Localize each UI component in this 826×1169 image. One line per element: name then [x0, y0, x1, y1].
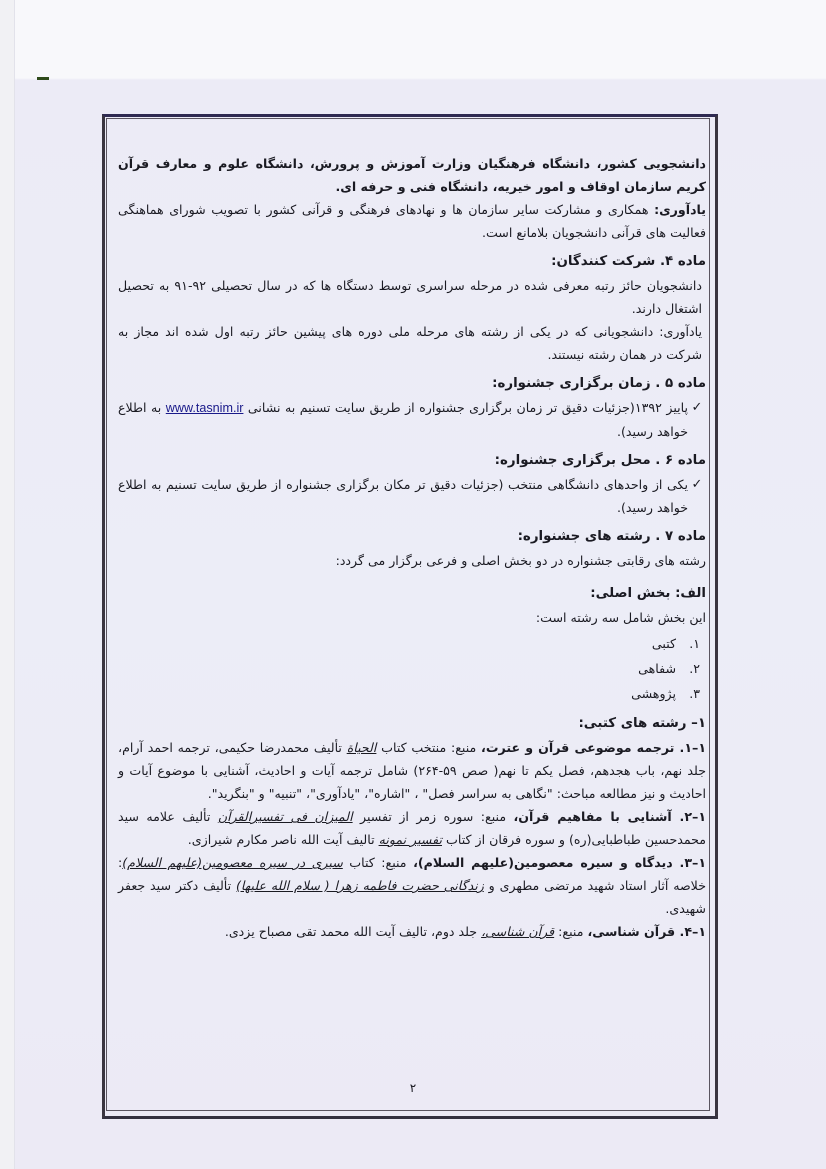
list-item: ۱.کتبی	[118, 631, 706, 656]
intro-organizations: دانشجویی کشور، دانشگاه فرهنگیان وزارت آم…	[118, 152, 706, 198]
page-number: ۲	[0, 1081, 826, 1095]
list-item: ۳.پژوهشی	[118, 681, 706, 706]
article-5-text-before: پاییز ۱۳۹۲(جزئیات دقیق تر زمان برگزاری ج…	[243, 400, 688, 415]
written-field-4: ۱–۴. قرآن شناسی، منبع: قرآن شناسی، جلد د…	[118, 920, 706, 943]
book-title: زندگانی حضرت فاطمه زهرا ( سلام الله علیه…	[236, 878, 484, 893]
main-section-list: ۱.کتبی ۲.شفاهی ۳.پژوهشی	[118, 631, 706, 706]
scan-edge-strip	[0, 0, 15, 1169]
intro-note-text: همکاری و مشارکت سایر سازمان ها و نهادهای…	[118, 202, 706, 240]
checkmark-icon: ✓	[688, 396, 706, 419]
field-title: ۱–۲. آشنایی با مفاهیم قرآن،	[514, 809, 707, 824]
intro-note: یادآوری: همکاری و مشارکت سایر سازمان ها …	[118, 198, 706, 244]
article-7-text: رشته های رقابتی جشنواره در دو بخش اصلی و…	[118, 549, 706, 572]
article-6-text: یکی از واحدهای دانشگاهی منتخب (جزئیات دق…	[118, 473, 688, 519]
article-6-heading: ماده ۶ . محل برگزاری جشنواره:	[118, 449, 706, 473]
article-7-heading: ماده ۷ . رشته های جشنواره:	[118, 525, 706, 549]
intro-note-label: یادآوری:	[654, 202, 706, 217]
article-4-note: یادآوری: دانشجویانی که در یکی از رشته ها…	[118, 320, 706, 366]
main-section-intro: این بخش شامل سه رشته است:	[118, 606, 706, 629]
book-title: المیزان فی تفسیرالقرآن	[218, 809, 353, 824]
article-4-text: دانشجویان حائز رتبه معرفی شده در مرحله س…	[118, 274, 706, 320]
book-title: الحیاة	[347, 740, 377, 755]
book-title: تفسیر نمونه	[379, 832, 442, 847]
list-item: ۲.شفاهی	[118, 656, 706, 681]
field-title: ۱–۳. دیدگاه و سیره معصومین(علیهم السلام)…	[413, 855, 706, 870]
field-title: ۱–۴. قرآن شناسی،	[587, 924, 706, 939]
scan-mark	[37, 77, 49, 80]
article-5-item: ✓ پاییز ۱۳۹۲(جزئیات دقیق تر زمان برگزاری…	[118, 396, 706, 443]
article-6-item: ✓ یکی از واحدهای دانشگاهی منتخب (جزئیات …	[118, 473, 706, 519]
written-field-3: ۱–۳. دیدگاه و سیره معصومین(علیهم السلام)…	[118, 851, 706, 920]
article-4-heading: ماده ۴. شرکت کنندگان:	[118, 250, 706, 274]
written-field-1: ۱–۱. ترجمه موضوعی قرآن و عترت، منبع: منت…	[118, 736, 706, 805]
written-field-2: ۱–۲. آشنایی با مفاهیم قرآن، منبع: سوره ز…	[118, 805, 706, 851]
document-body: دانشجویی کشور، دانشگاه فرهنگیان وزارت آم…	[118, 152, 706, 943]
book-title: قرآن شناسی،	[481, 924, 554, 939]
tasnim-website-link[interactable]: www.tasnim.ir	[166, 401, 244, 415]
article-5-text: پاییز ۱۳۹۲(جزئیات دقیق تر زمان برگزاری ج…	[118, 396, 688, 443]
book-title: سیری در سیره معصومین(علیهم السلام)	[122, 855, 343, 870]
main-section-heading: الف: بخش اصلی:	[118, 582, 706, 606]
field-title: ۱–۱. ترجمه موضوعی قرآن و عترت،	[481, 740, 706, 755]
written-fields-heading: ۱– رشته های کتبی:	[118, 712, 706, 736]
article-5-heading: ماده ۵ . زمان برگزاری جشنواره:	[118, 372, 706, 396]
checkmark-icon: ✓	[688, 473, 706, 496]
